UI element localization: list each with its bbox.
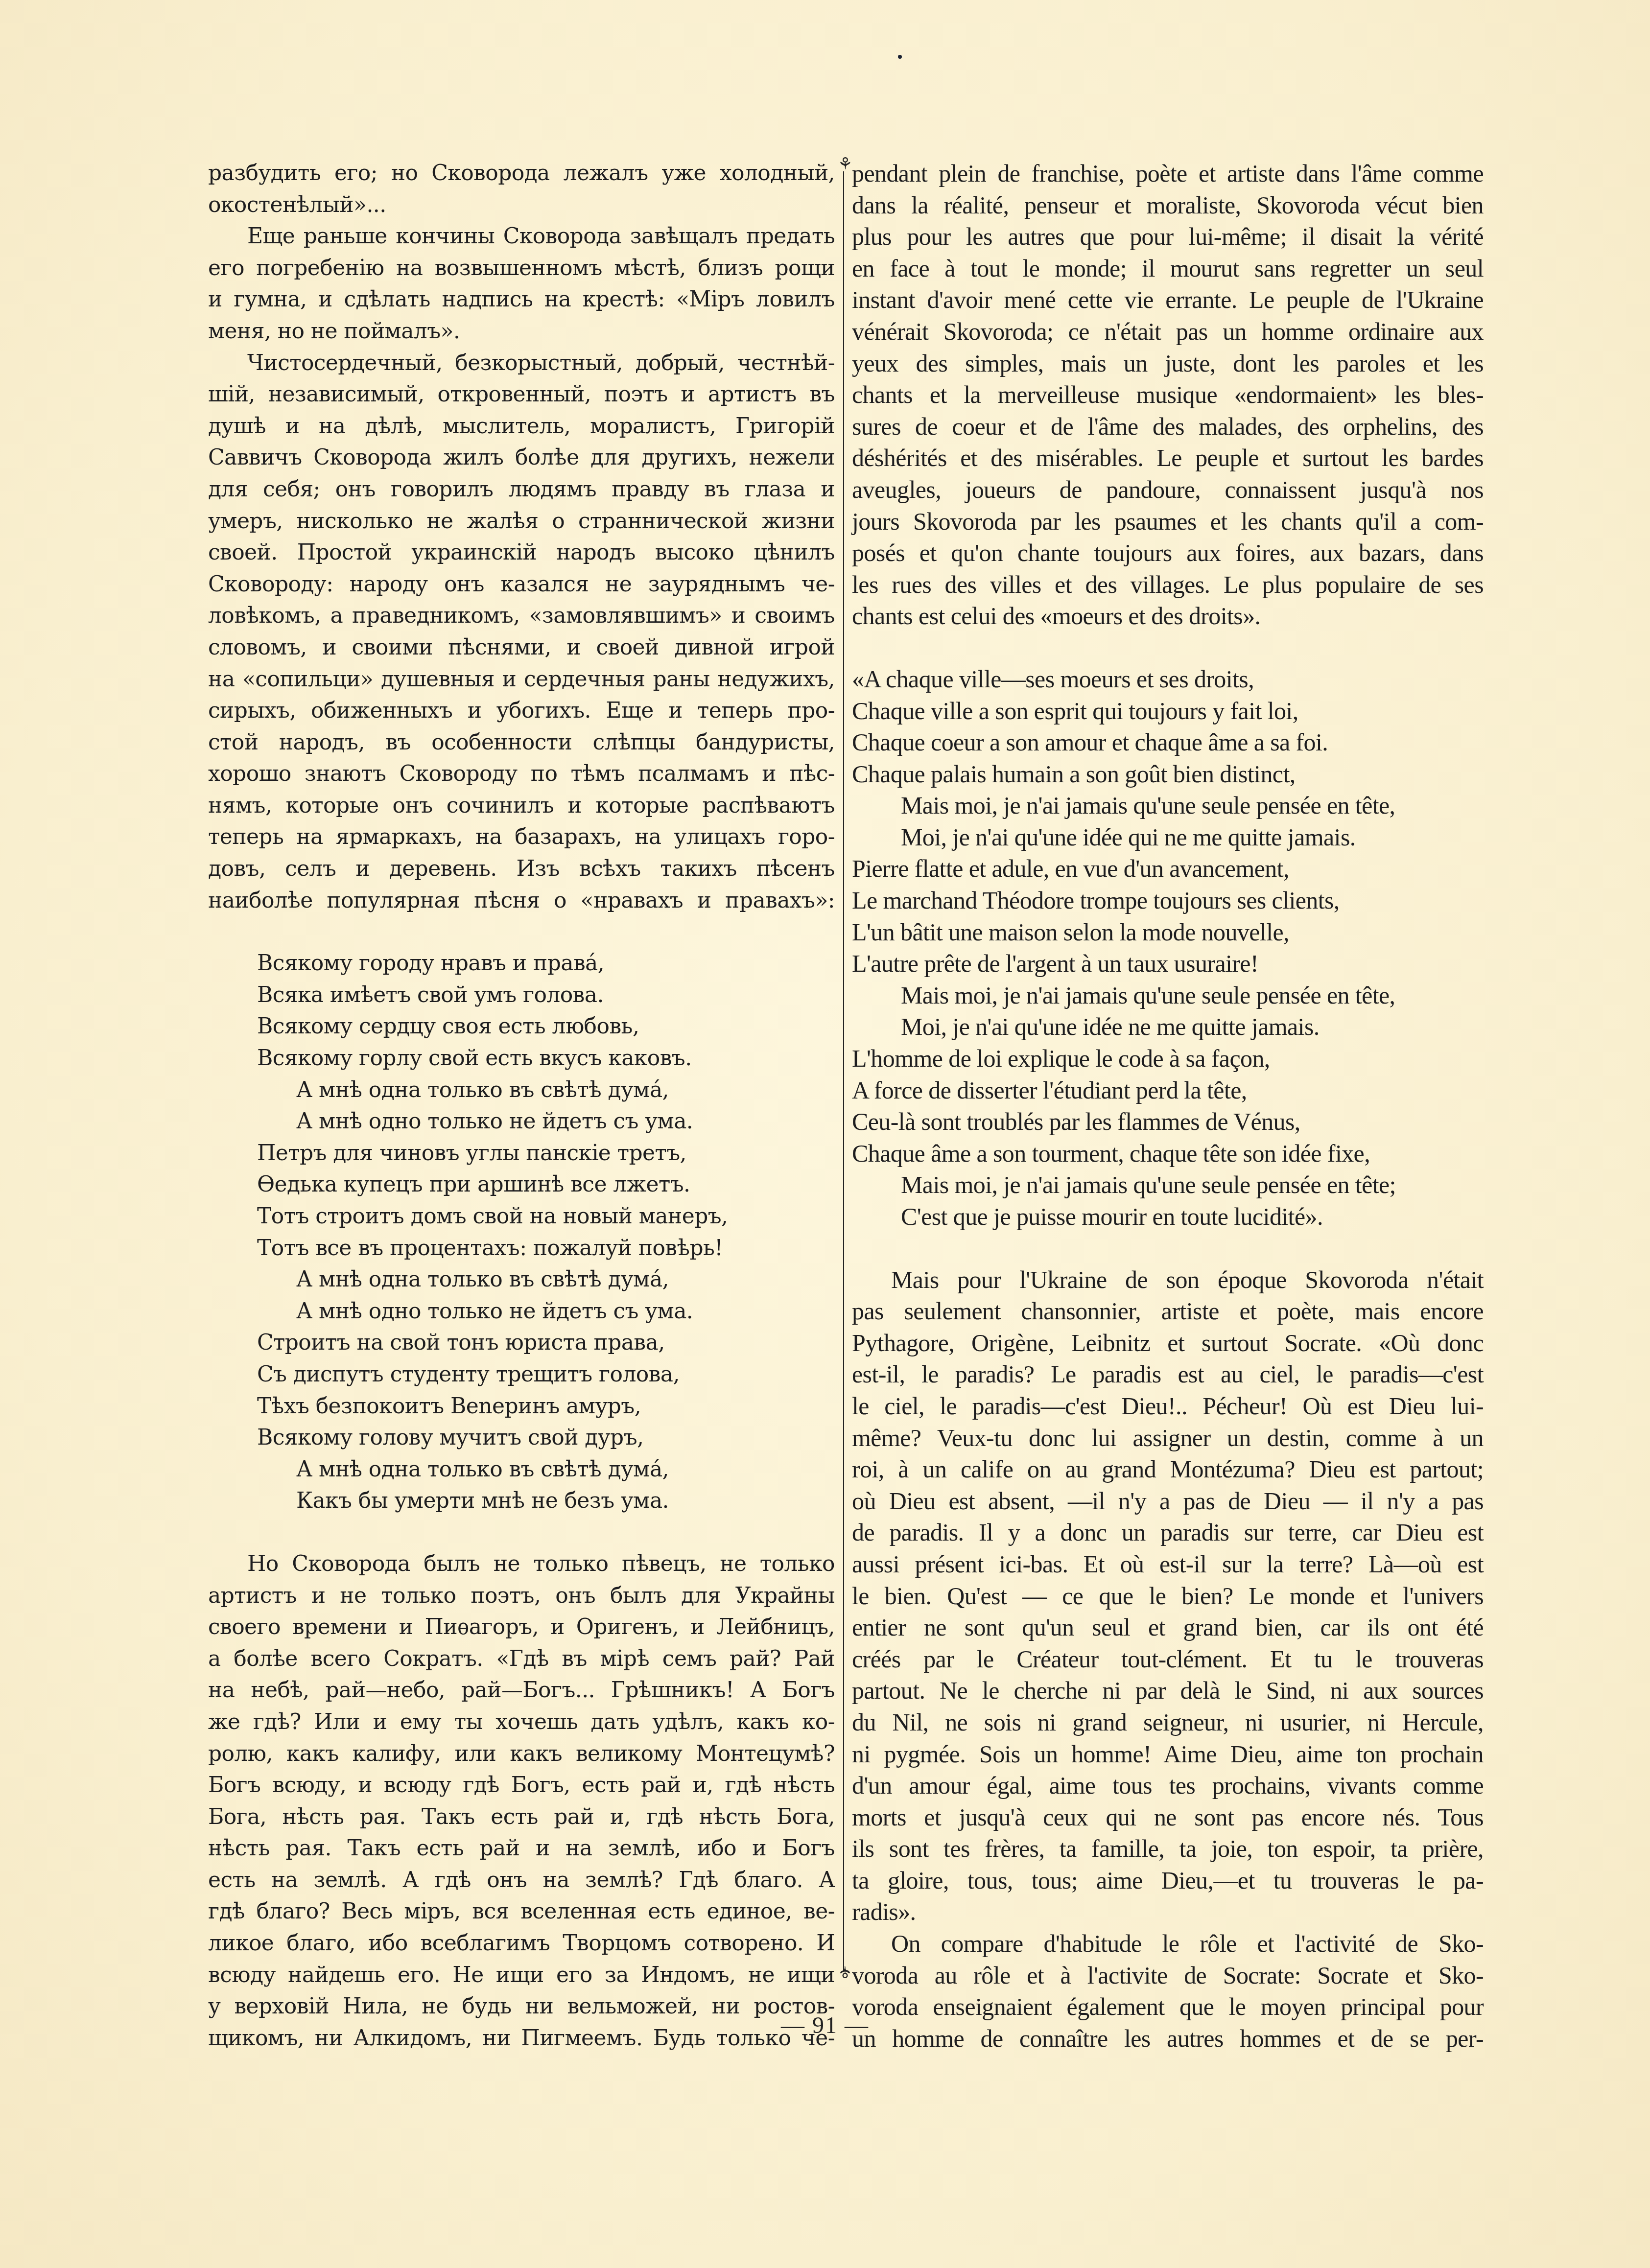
text-line: на «сопильци» душевныя и сердечныя раны … [208,664,835,696]
text-line: его погребенію на возвышенномъ мѣстѣ, бл… [208,253,835,284]
verse-line: Всякому горлу свой есть вкусъ каковъ. [208,1043,835,1075]
text-line: Сковороду: народу онъ казался не заурядн… [208,569,835,601]
refrain-line: Mais moi, je n'ai jamais qu'une seule pe… [852,790,1484,821]
text-line: же гдѣ? Или и ему ты хочешь дать удѣлъ, … [208,1707,835,1738]
text-line: en face à tout le monde; il mourut sans … [852,253,1484,284]
text-line: стой народъ, въ особенности слѣпцы банду… [208,727,835,759]
text-line: умеръ, нисколько не жалѣя о странническо… [208,506,835,538]
text-line: для себя; онъ говорилъ людямъ правду въ … [208,474,835,506]
refrain-line: А мнѣ одно только не йдетъ съ ума. [208,1296,835,1328]
text-line: créés par le Créateur tout-clément. Et t… [852,1643,1484,1675]
text-line: ловѣкомъ, а праведникомъ, «замовлявшимъ»… [208,600,835,632]
refrain-line: Какъ бы умерти мнѣ не безъ ума. [208,1485,835,1517]
refrain-line: Moi, je n'ai qu'une idée ne me quitte ja… [852,1011,1484,1043]
text-line: le bien. Qu'est — ce que le bien? Le mon… [852,1580,1484,1612]
text-line: Pythagore, Origène, Leibnitz et surtout … [852,1327,1484,1359]
text-line: aussi présent ici-bas. Et où est-il sur … [852,1548,1484,1580]
text-line: нѣсть рая. Такъ есть рай и на землѣ, ибо… [208,1833,835,1865]
text-line: на небѣ, рай—небо, рай—Богъ... Грѣшникъ!… [208,1675,835,1707]
refrain-line: А мнѣ одна только въ свѣтѣ думá, [208,1075,835,1106]
verse-line: Ѳедька купецъ при аршинѣ все лжетъ. [208,1169,835,1201]
text-line: déshérités et des misérables. Le peuple … [852,442,1484,474]
text-line: довъ, селъ и деревень. Изъ всѣхъ такихъ … [208,853,835,885]
text-line: Но Сковорода былъ не только пѣвецъ, не т… [208,1548,835,1580]
text-line: ils sont tes frères, ta famille, ta joie… [852,1833,1484,1865]
verse-line: Всякому городу нравъ и правá, [208,948,835,980]
refrain-line: А мнѣ одна только въ свѣтѣ думá, [208,1264,835,1296]
text-line: posés et qu'on chante toujours aux foire… [852,537,1484,569]
text-line: radis». [852,1896,1484,1928]
refrain-line: C'est que je puisse mourir en toute luci… [852,1201,1484,1233]
text-line: ta gloire, tous, tous; aime Dieu,—et tu … [852,1865,1484,1896]
text-line: шій, независимый, откровенный, поэтъ и а… [208,379,835,411]
verse-line: L'un bâtit une maison selon la mode nouv… [852,916,1484,948]
text-line: est-il, le paradis? Le paradis est au ci… [852,1358,1484,1390]
text-line: окостенѣлый»... [208,189,835,221]
text-line: jours Skovoroda par les psaumes et les c… [852,506,1484,538]
fleuron-bottom-icon: ⚘ [838,1963,852,1980]
verse-line: Chaque palais humain a son goût bien dis… [852,758,1484,790]
text-line: instant d'avoir mené cette vie errante. … [852,284,1484,316]
spacer [208,916,835,948]
verse-line: Chaque âme a son tourment, chaque tête s… [852,1138,1484,1169]
text-line: voroda au rôle et à l'activite de Socrat… [852,1960,1484,1991]
text-line: Чистосердечный, безкорыстный, добрый, че… [208,348,835,379]
text-line: и гумна, и сдѣлать надпись на крестѣ: «М… [208,284,835,316]
spacer [852,632,1484,663]
text-line: yeux des simples, mais un juste, dont le… [852,348,1484,379]
text-line: pendant plein de franchise, poète et art… [852,158,1484,189]
text-line: душѣ и на дѣлѣ, мыслитель, моралистъ, Гр… [208,411,835,443]
text-line: vénérait Skovoroda; ce n'était pas un ho… [852,316,1484,348]
text-line: sures de coeur et de l'âme des malades, … [852,411,1484,443]
text-line: хорошо знаютъ Сковороду по тѣмъ псалмамъ… [208,758,835,790]
text-line: Саввичъ Сковорода жилъ болѣе для другихъ… [208,442,835,474]
text-line: même? Veux-tu donc lui assigner un desti… [852,1422,1484,1454]
text-line: теперь на ярмаркахъ, на базарахъ, на ули… [208,821,835,853]
text-line: Mais pour l'Ukraine de son époque Skovor… [852,1264,1484,1296]
text-line: нямъ, которые онъ сочинилъ и которые рас… [208,790,835,822]
verse-line: A force de disserter l'étudiant perd la … [852,1075,1484,1106]
text-line: chants est celui des «moeurs et des droi… [852,600,1484,632]
verse-line: Всяка имѣетъ свой умъ голова. [208,980,835,1011]
text-line: dans la réalité, penseur et moraliste, S… [852,189,1484,221]
paragraph-4: Но Сковорода былъ не только пѣвецъ, не т… [208,1548,835,2055]
fleuron-top-icon: ⚘ [838,156,852,172]
text-line: entier ne sont qu'un seul et grand bien,… [852,1612,1484,1643]
text-line: plus pour les autres que pour lui-même; … [852,221,1484,253]
paragraph-3: Чистосердечный, безкорыстный, добрый, че… [208,348,835,917]
refrain-line: Mais moi, je n'ai jamais qu'une seule pe… [852,1169,1484,1201]
page-number: — 91 — [0,2012,1650,2039]
verse-line: Всякому голову мучитъ свой дуръ, [208,1422,835,1454]
verse-line: Съ диспутъ студенту трещитъ голова, [208,1359,835,1391]
text-line: всюду найдешь его. Не ищи его за Индомъ,… [208,1960,835,1991]
refrain-line: А мнѣ одно только не йдетъ съ ума. [208,1106,835,1138]
spacer [852,1233,1484,1264]
text-line: а болѣе всего Сократъ. «Гдѣ въ мірѣ семъ… [208,1643,835,1675]
paragraph-2: Mais pour l'Ukraine de son époque Skovor… [852,1264,1484,1928]
verse-line: «A chaque ville—ses moeurs et ses droits… [852,663,1484,695]
verse-line: Тотъ строитъ домъ свой на новый манеръ, [208,1201,835,1233]
text-line: de paradis. Il y a donc un paradis sur t… [852,1517,1484,1548]
poem-french: «A chaque ville—ses moeurs et ses droits… [852,663,1484,1233]
verse-line: Le marchand Théodore trompe toujours ses… [852,885,1484,916]
paragraph-2: Еще раньше кончины Сковорода завѣщалъ пр… [208,221,835,347]
text-line: артистъ и не только поэтъ, онъ былъ для … [208,1580,835,1612]
verse-line: L'autre prête de l'argent à un taux usur… [852,948,1484,980]
verse-line: Всякому сердцу своя есть любовь, [208,1011,835,1043]
text-line: pas seulement chansonnier, artiste et po… [852,1295,1484,1327]
text-line: où Dieu est absent, —il n'y a pas de Die… [852,1485,1484,1517]
text-line: меня, но не поймалъ». [208,316,835,348]
text-line: гдѣ благо? Весь міръ, вся вселенная есть… [208,1896,835,1928]
text-line: aveugles, joueurs de pandoure, connaisse… [852,474,1484,506]
text-line: Бога, нѣсть рая. Такъ есть рай и, гдѣ нѣ… [208,1801,835,1833]
spacer [208,1517,835,1548]
text-line: le ciel, le paradis—c'est Dieu!.. Pécheu… [852,1390,1484,1422]
text-line: partout. Ne le cherche ni par delà le Si… [852,1675,1484,1707]
text-line: chants et la merveilleuse musique «endor… [852,379,1484,411]
verse-line: Петръ для чиновъ углы панскіе третъ, [208,1138,835,1169]
poem-russian: Всякому городу нравъ и правá, Всяка имѣе… [208,948,835,1517]
text-line: своей. Простой украинскій народъ высоко … [208,537,835,569]
verse-line: Chaque ville a son esprit qui toujours y… [852,695,1484,727]
text-line: словомъ, и своими пѣснями, и своей дивно… [208,632,835,664]
right-column-french: pendant plein de franchise, poète et art… [852,158,1484,2054]
text-line: On compare d'habitude le rôle et l'activ… [852,1928,1484,1960]
print-speck [898,55,902,59]
text-line: ni pygmée. Sois un homme! Aime Dieu, aim… [852,1738,1484,1770]
text-line: разбудить его; но Сковорода лежалъ уже х… [208,158,835,189]
verse-line: Ceu-là sont troublés par les flammes de … [852,1106,1484,1138]
column-divider-rule [843,171,844,1970]
text-line: сирыхъ, обиженныхъ и убогихъ. Еще и тепе… [208,695,835,727]
paragraph-1: разбудить его; но Сковорода лежалъ уже х… [208,158,835,221]
verse-line: Chaque coeur a son amour et chaque âme a… [852,726,1484,758]
text-line: наиболѣе популярная пѣсня о «нравахъ и п… [208,885,835,917]
text-line: morts et jusqu'à ceux qui ne sont pas en… [852,1801,1484,1833]
text-line: d'un amour égal, aime tous tes prochains… [852,1770,1484,1801]
text-line: du Nil, ne sois ni grand seigneur, ni us… [852,1707,1484,1738]
text-line: Еще раньше кончины Сковорода завѣщалъ пр… [208,221,835,253]
refrain-line: Mais moi, je n'ai jamais qu'une seule pe… [852,980,1484,1011]
verse-line: Тѣхъ безпокоитъ Веneринъ амуръ, [208,1391,835,1423]
text-line: ликое благо, ибо всеблагимъ Творцомъ сот… [208,1928,835,1960]
text-line: ролю, какъ калифу, или какъ великому Мон… [208,1738,835,1770]
text-line: roi, à un calife on au grand Montézuma? … [852,1453,1484,1485]
verse-line: L'homme de loi explique le code à sa faç… [852,1043,1484,1075]
verse-line: Тотъ все въ процентахъ: пожалуй повѣрь! [208,1233,835,1264]
refrain-line: Moi, je n'ai qu'une idée qui ne me quitt… [852,821,1484,853]
paragraph-1: pendant plein de franchise, poète et art… [852,158,1484,632]
text-line: les rues des villes et des villages. Le … [852,569,1484,601]
refrain-line: А мнѣ одна только въ свѣтѣ думá, [208,1454,835,1486]
verse-line: Pierre flatte et adule, en vue d'un avan… [852,853,1484,885]
text-line: своего времени и Пиѳагоръ, и Оригенъ, и … [208,1612,835,1643]
text-line: есть на землѣ. А гдѣ онъ на землѣ? Гдѣ б… [208,1865,835,1896]
left-column-russian: разбудить его; но Сковорода лежалъ уже х… [208,158,835,2054]
text-line: Богъ всюду, и всюду гдѣ Богъ, есть рай и… [208,1770,835,1801]
verse-line: Строитъ на свой тонъ юриста права, [208,1327,835,1359]
